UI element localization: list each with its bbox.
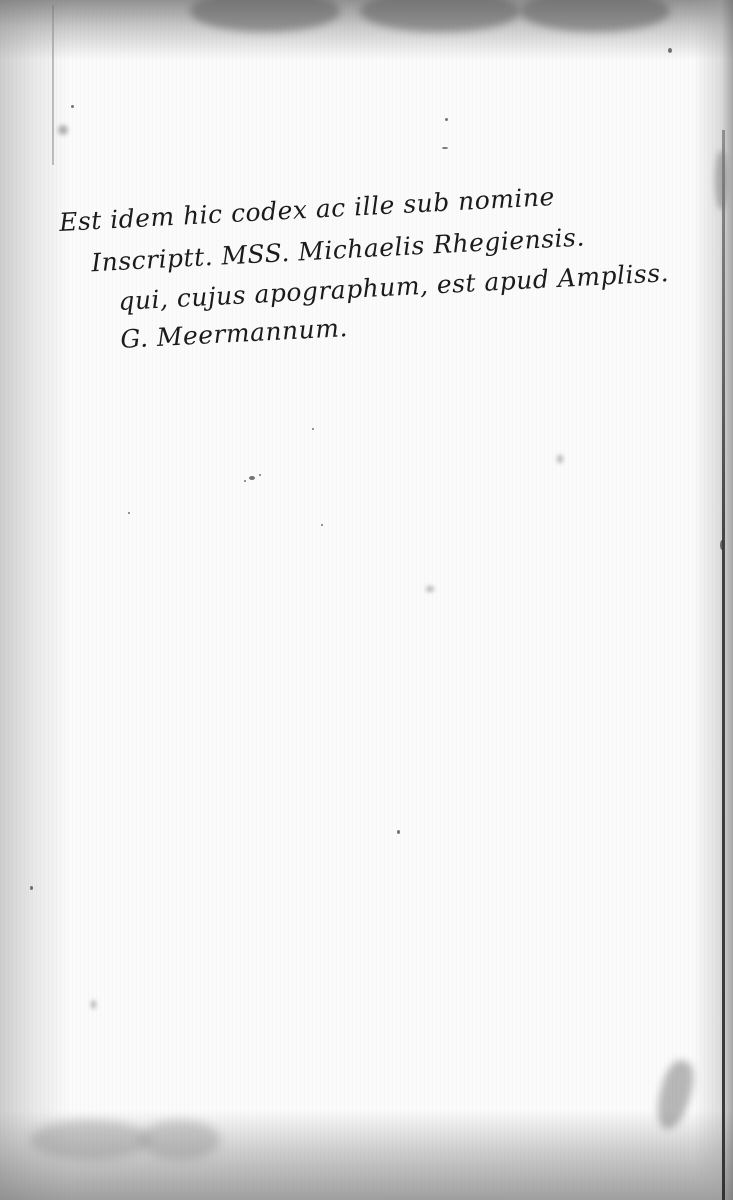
bottom-stain-blob [30, 1120, 150, 1160]
ink-speck [71, 105, 74, 108]
ink-speck [397, 830, 400, 834]
manuscript-page: Est idem hic codex ac ille sub nomine In… [0, 0, 733, 1200]
ink-speck [442, 147, 448, 149]
ink-speck [244, 480, 246, 482]
right-edge-shading [693, 0, 733, 1200]
ink-speck [668, 48, 672, 53]
ink-speck [557, 455, 563, 463]
ink-speck [128, 512, 130, 514]
handwritten-note: Est idem hic codex ac ille sub nomine In… [58, 169, 657, 200]
ink-speck [58, 125, 68, 135]
ink-speck [91, 1000, 96, 1009]
note-line-4: G. Meermannum. [120, 315, 349, 352]
ink-speck [259, 474, 261, 476]
ink-speck [312, 428, 314, 430]
ink-speck [30, 886, 33, 890]
ink-speck [445, 118, 448, 121]
bottom-stain-blob [140, 1120, 220, 1160]
ink-speck [720, 540, 724, 550]
paper-grain [0, 0, 733, 1200]
ink-speck [426, 586, 434, 592]
ink-speck [249, 476, 255, 480]
left-edge-discoloration [0, 0, 70, 1200]
right-edge-nick [715, 150, 727, 210]
binding-edge-line [722, 130, 725, 1200]
ink-speck [321, 524, 323, 526]
